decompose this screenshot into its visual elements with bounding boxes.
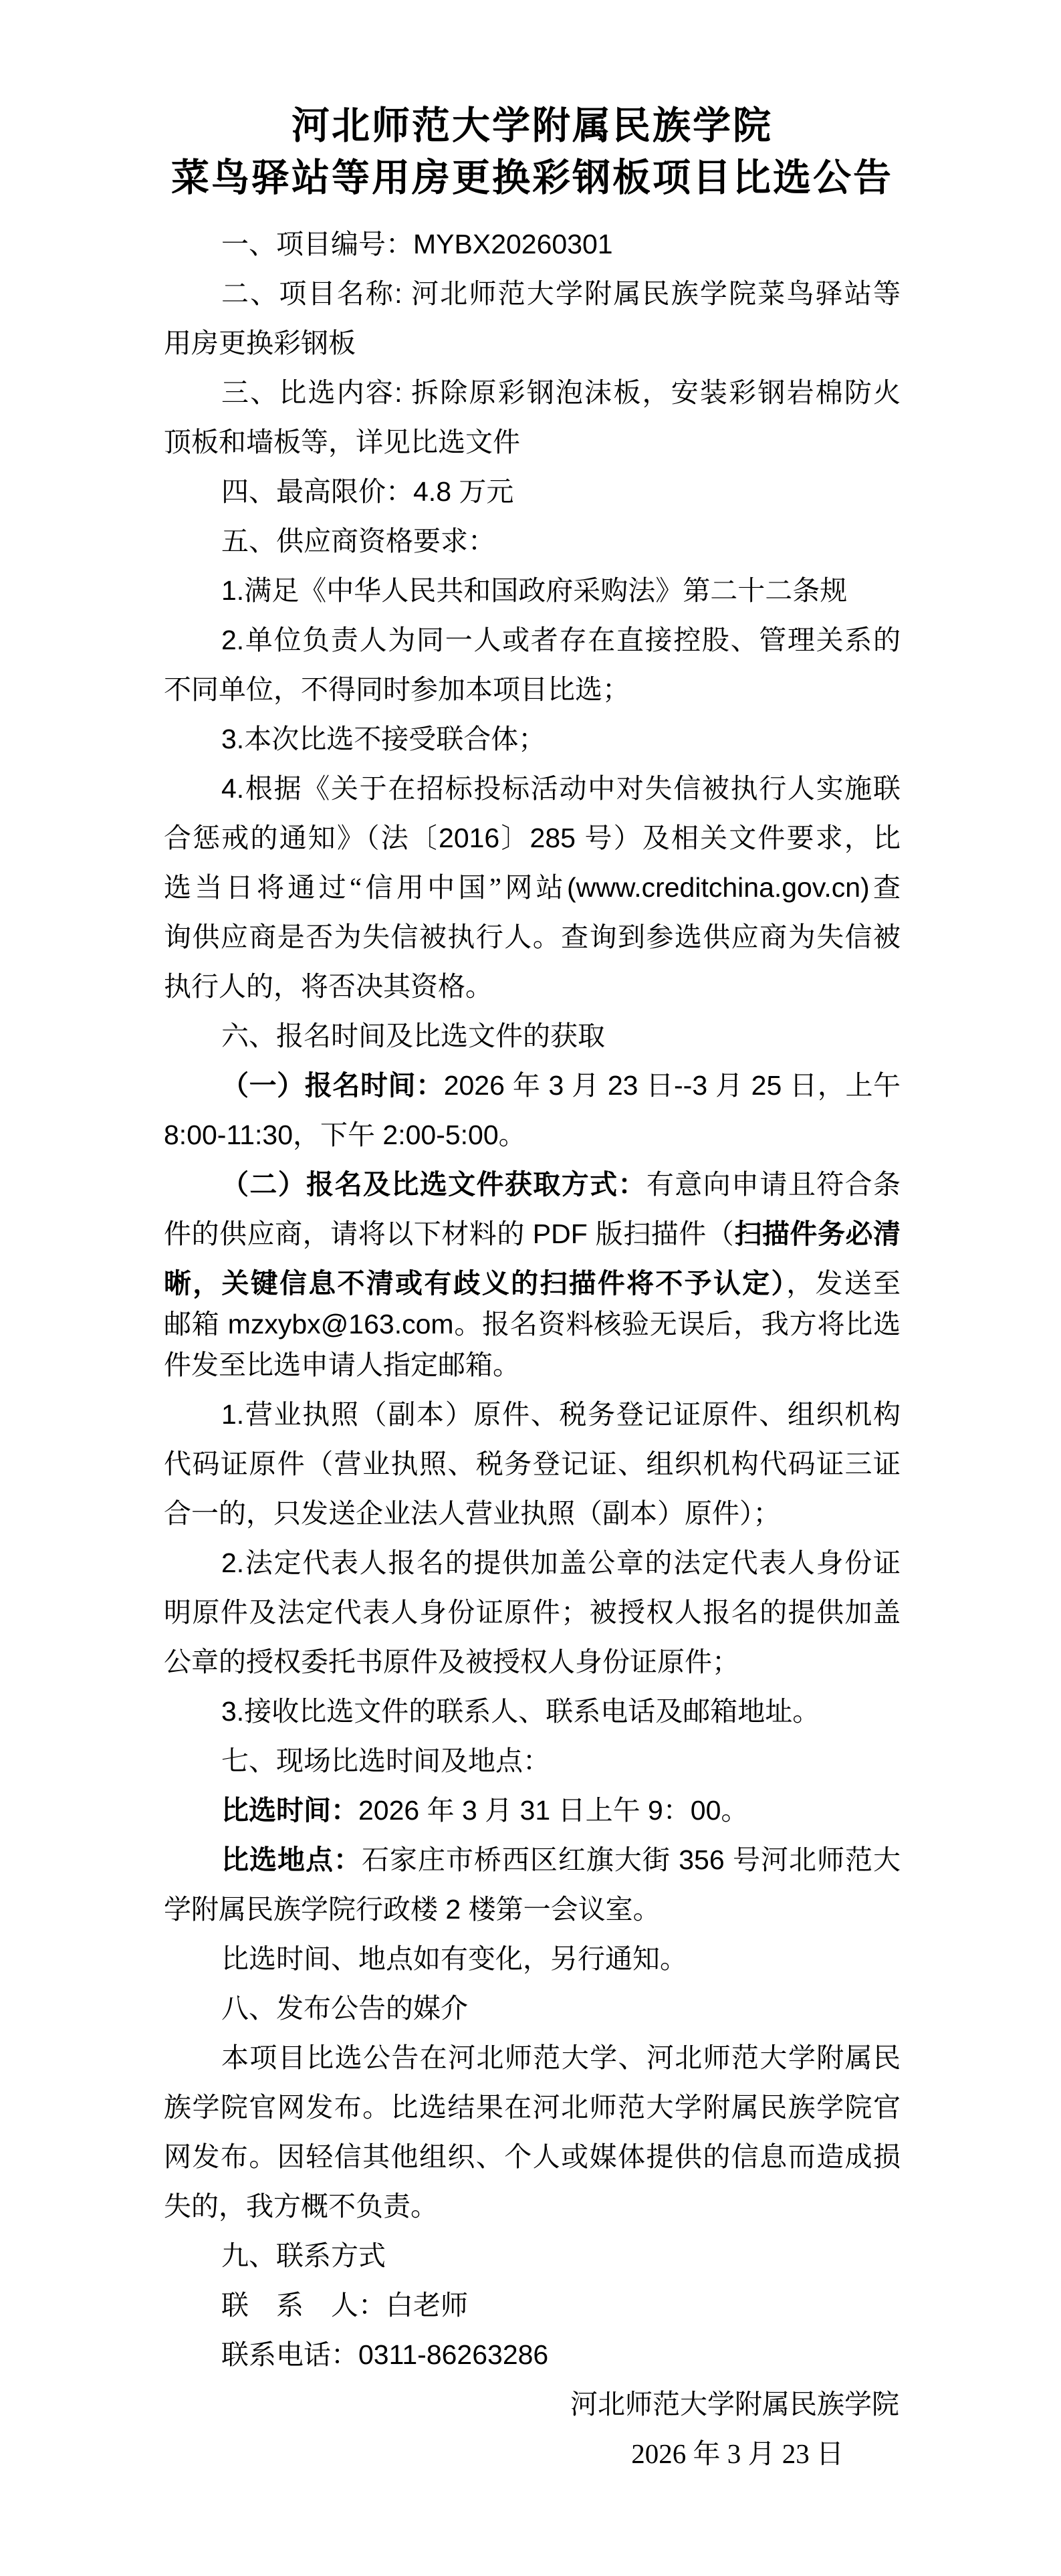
- text-run: 4.根据《关于在招标投标活动中对失信被执行人实施联: [221, 773, 901, 804]
- latin-text-run: 2016: [439, 823, 499, 853]
- text-run: 2026 年 3 月 31 日上午 9：00。: [358, 1795, 748, 1826]
- text-run: 邮箱 mzxybx@163.com。报名资料核验无误后，我方将比选文: [164, 1309, 901, 1340]
- text-run: 1.满足《中华人民共和国政府采购法》第二十二条规定；: [164, 575, 847, 615]
- document-line: 合惩戒的通知》（法〔2016〕285 号）及相关文件要求，比: [164, 813, 901, 863]
- latin-text-run: mzxybx@163.com: [220, 1309, 454, 1339]
- latin-text-run: PDF: [525, 1218, 596, 1249]
- document-line: 不同单位，不得同时参加本项目比选；: [164, 665, 901, 714]
- document-line: 比选地点：石家庄市桥西区红旗大街 356 号河北师范大: [164, 1835, 901, 1885]
- text-run: 合一的，只发送企业法人营业执照（副本）原件）；: [164, 1498, 781, 1529]
- document-line: 询供应商是否为失信被执行人。查询到参选供应商为失信被: [164, 912, 901, 962]
- document-line: （一）报名时间：2026 年 3 月 23 日--3 月 25 日，上午: [164, 1061, 901, 1110]
- document-line: 五、供应商资格要求：: [164, 516, 901, 566]
- document-line: 六、报名时间及比选文件的获取: [164, 1011, 901, 1061]
- latin-text-run: 4.8: [413, 476, 459, 507]
- document-line: 联 系 人：白老师: [164, 2280, 901, 2330]
- document-line: 合一的，只发送企业法人营业执照（副本）原件）；: [164, 1489, 901, 1538]
- document-line: 三、比选内容: 拆除原彩钢泡沫板，安装彩钢岩棉防火: [164, 368, 901, 417]
- text-run: 明原件及法定代表人身份证原件；被授权人报名的提供加盖: [164, 1597, 901, 1628]
- text-run-bold: （二）报名及比选文件获取方式：: [221, 1169, 646, 1200]
- text-run: 二、项目名称: 河北师范大学附属民族学院菜鸟驿站等: [221, 278, 901, 309]
- text-run: 网发布。因轻信其他组织、个人或媒体提供的信息而造成损: [164, 2141, 901, 2172]
- text-run: 联 系 人：白老师: [221, 2290, 468, 2321]
- document-line: 网发布。因轻信其他组织、个人或媒体提供的信息而造成损: [164, 2132, 901, 2181]
- text-run: 族学院官网发布。比选结果在河北师范大学附属民族学院官: [164, 2092, 901, 2123]
- text-run-bold: 晰，关键信息不清或有歧义的扫描件将不予认定）: [164, 1268, 786, 1299]
- text-run: 五、供应商资格要求：: [221, 526, 495, 556]
- signoff-organization: 河北师范大学附属民族学院: [164, 2379, 901, 2429]
- latin-text-run: 3: [541, 1070, 572, 1101]
- text-run: 比选时间、地点如有变化，另行通知。: [221, 1943, 687, 1974]
- document-title-line-2: 菜鸟驿站等用房更换彩钢板项目比选公告: [164, 152, 901, 205]
- document-title-line-1: 河北师范大学附属民族学院: [164, 100, 901, 152]
- signoff-date: 2026 年 3 月 23 日: [164, 2429, 901, 2478]
- document-line: 1.营业执照（副本）原件、税务登记证原件、组织机构: [164, 1390, 901, 1439]
- latin-text-run: --3: [674, 1070, 715, 1101]
- document-line: 2.法定代表人报名的提供加盖公章的法定代表人身份证: [164, 1538, 901, 1588]
- document-line: 七、现场比选时间及地点：: [164, 1736, 901, 1786]
- document-line: 3.接收比选文件的联系人、联系电话及邮箱地址。: [164, 1687, 901, 1736]
- document-line: 选当日将通过“信用中国”网站(www.creditchina.gov.cn)查: [164, 863, 901, 912]
- latin-text-run: :: [394, 377, 411, 408]
- document-line: 4.根据《关于在招标投标活动中对失信被执行人实施联: [164, 764, 901, 813]
- latin-text-run: 2026: [358, 1795, 427, 1826]
- document-line: 学附属民族学院行政楼 2 楼第一会议室。: [164, 1885, 901, 1934]
- document-line: 本项目比选公告在河北师范大学、河北师范大学附属民: [164, 2033, 901, 2082]
- text-run: 3.本次比选不接受联合体；: [221, 724, 546, 754]
- latin-text-run: 23: [600, 1070, 646, 1101]
- document-line: 件发至比选申请人指定邮箱。: [164, 1340, 901, 1390]
- text-run: 顶板和墙板等，详见比选文件: [164, 427, 520, 457]
- document-line: 件的供应商，请将以下材料的 PDF 版扫描件（扫描件务必清: [164, 1209, 901, 1259]
- document-line: 四、最高限价：4.8 万元: [164, 467, 901, 516]
- latin-text-run: 3.: [221, 724, 244, 754]
- document-line: 失的，我方概不负责。: [164, 2181, 901, 2231]
- text-run: 有意向申请且符合条: [646, 1169, 901, 1200]
- latin-text-run: 1.: [221, 1399, 244, 1430]
- text-run: 一、项目编号：MYBX20260301: [221, 229, 613, 259]
- latin-text-run: 31: [512, 1795, 558, 1826]
- latin-text-run: MYBX20260301: [413, 229, 613, 259]
- text-run-bold: 比选地点：: [221, 1844, 362, 1875]
- text-run: 件发至比选申请人指定邮箱。: [164, 1350, 520, 1380]
- document-line: 八、发布公告的媒介: [164, 1983, 901, 2033]
- text-run: 选当日将通过“信用中国”网站(www.creditchina.gov.cn)查: [164, 872, 901, 903]
- latin-text-run: 2026: [444, 1070, 513, 1101]
- document-line: 族学院官网发布。比选结果在河北师范大学附属民族学院官: [164, 2082, 901, 2132]
- latin-text-run: (www.creditchina.gov.cn): [567, 872, 870, 903]
- document-line: 明原件及法定代表人身份证原件；被授权人报名的提供加盖: [164, 1588, 901, 1637]
- document-line: 二、项目名称: 河北师范大学附属民族学院菜鸟驿站等: [164, 269, 901, 318]
- latin-text-run: 0311-86263286: [358, 2339, 548, 2370]
- text-run: 七、现场比选时间及地点：: [221, 1745, 550, 1776]
- text-run: 不同单位，不得同时参加本项目比选；: [164, 674, 630, 705]
- text-run: 2026 年 3 月 23 日--3 月 25 日，上午: [444, 1070, 901, 1101]
- latin-text-run: 00: [691, 1795, 721, 1826]
- text-run: 执行人的，将否决其资格。: [164, 971, 493, 1002]
- document-line: 1.满足《中华人民共和国政府采购法》第二十二条规定；: [164, 566, 901, 615]
- document-line: 比选时间：2026 年 3 月 31 日上午 9：00。: [164, 1786, 901, 1835]
- text-run: 3.接收比选文件的联系人、联系电话及邮箱地址。: [221, 1696, 820, 1727]
- latin-text-run: 1.: [221, 575, 244, 606]
- text-run: 学附属民族学院行政楼 2 楼第一会议室。: [164, 1894, 661, 1925]
- latin-text-run: 285: [530, 823, 585, 853]
- text-run: 石家庄市桥西区红旗大街 356 号河北师范大: [362, 1844, 901, 1875]
- text-run: 2.单位负责人为同一人或者存在直接控股、管理关系的: [221, 625, 901, 655]
- text-run: 代码证原件（营业执照、税务登记证、组织机构代码证三证: [164, 1448, 901, 1479]
- document-line: 公章的授权委托书原件及被授权人身份证原件；: [164, 1637, 901, 1687]
- text-run: 八、发布公告的媒介: [221, 1993, 468, 2024]
- text-run: 六、报名时间及比选文件的获取: [221, 1021, 605, 1051]
- document-line: 九、联系方式: [164, 2231, 901, 2280]
- text-run: 8:00-11:30，下午 2:00-5:00。: [164, 1119, 526, 1150]
- document-line: 代码证原件（营业执照、税务登记证、组织机构代码证三证: [164, 1439, 901, 1489]
- text-run: 用房更换彩钢板: [164, 328, 356, 358]
- latin-text-run: 4.: [221, 773, 244, 804]
- text-run: 三、比选内容: 拆除原彩钢泡沫板，安装彩钢岩棉防火: [221, 377, 901, 408]
- text-run: 询供应商是否为失信被执行人。查询到参选供应商为失信被: [164, 922, 901, 952]
- latin-text-run: 3: [455, 1795, 485, 1826]
- document-line: 一、项目编号：MYBX20260301: [164, 219, 901, 269]
- text-run: 合惩戒的通知》（法〔2016〕285 号）及相关文件要求，比: [164, 823, 901, 853]
- latin-text-run: 2: [438, 1894, 469, 1925]
- latin-text-run: 2.: [221, 1547, 244, 1578]
- document-line: 联系电话：0311-86263286: [164, 2330, 901, 2379]
- text-run: 失的，我方概不负责。: [164, 2191, 438, 2222]
- latin-text-run: 8:00-11:30: [164, 1119, 293, 1150]
- text-run-bold: （一）报名时间：: [221, 1070, 444, 1101]
- document-line: 邮箱 mzxybx@163.com。报名资料核验无误后，我方将比选文: [164, 1308, 901, 1340]
- text-run: 九、联系方式: [221, 2240, 386, 2271]
- document-page: 河北师范大学附属民族学院 菜鸟驿站等用房更换彩钢板项目比选公告 一、项目编号：M…: [0, 0, 1061, 2576]
- document-line: 8:00-11:30，下午 2:00-5:00。: [164, 1110, 901, 1160]
- text-run: 件的供应商，请将以下材料的 PDF 版扫描件（: [164, 1218, 734, 1249]
- text-run: 本项目比选公告在河北师范大学、河北师范大学附属民: [221, 2042, 901, 2073]
- document-line: 比选时间、地点如有变化，另行通知。: [164, 1934, 901, 1983]
- document-line: 2.单位负责人为同一人或者存在直接控股、管理关系的: [164, 615, 901, 665]
- text-run: 联系电话：0311-86263286: [221, 2339, 548, 2370]
- text-run: ，发送至: [786, 1268, 901, 1299]
- latin-text-run: 2:00-5:00: [375, 1119, 499, 1150]
- latin-text-run: :: [394, 278, 411, 309]
- text-run-bold: 比选时间：: [221, 1795, 358, 1826]
- text-run: 公章的授权委托书原件及被授权人身份证原件；: [164, 1646, 739, 1677]
- latin-text-run: 9: [640, 1795, 663, 1826]
- latin-text-run: 3.: [221, 1696, 244, 1727]
- document-line: 3.本次比选不接受联合体；: [164, 714, 901, 764]
- text-run: 1.营业执照（副本）原件、税务登记证原件、组织机构: [221, 1399, 901, 1430]
- text-run: 2.法定代表人报名的提供加盖公章的法定代表人身份证: [221, 1547, 901, 1578]
- latin-text-run: 2.: [221, 625, 244, 655]
- latin-text-run: 25: [743, 1070, 790, 1101]
- document-body: 一、项目编号：MYBX20260301二、项目名称: 河北师范大学附属民族学院菜…: [164, 219, 901, 2379]
- document-line: 执行人的，将否决其资格。: [164, 962, 901, 1011]
- document-line: 晰，关键信息不清或有歧义的扫描件将不予认定），发送至: [164, 1259, 901, 1308]
- text-run: 四、最高限价：4.8 万元: [221, 476, 513, 507]
- document-line: 顶板和墙板等，详见比选文件: [164, 417, 901, 467]
- document-line: 用房更换彩钢板: [164, 318, 901, 368]
- text-run-bold: 扫描件务必清: [734, 1218, 901, 1249]
- latin-text-run: 356: [671, 1844, 733, 1875]
- document-line: （二）报名及比选文件获取方式：有意向申请且符合条: [164, 1160, 901, 1209]
